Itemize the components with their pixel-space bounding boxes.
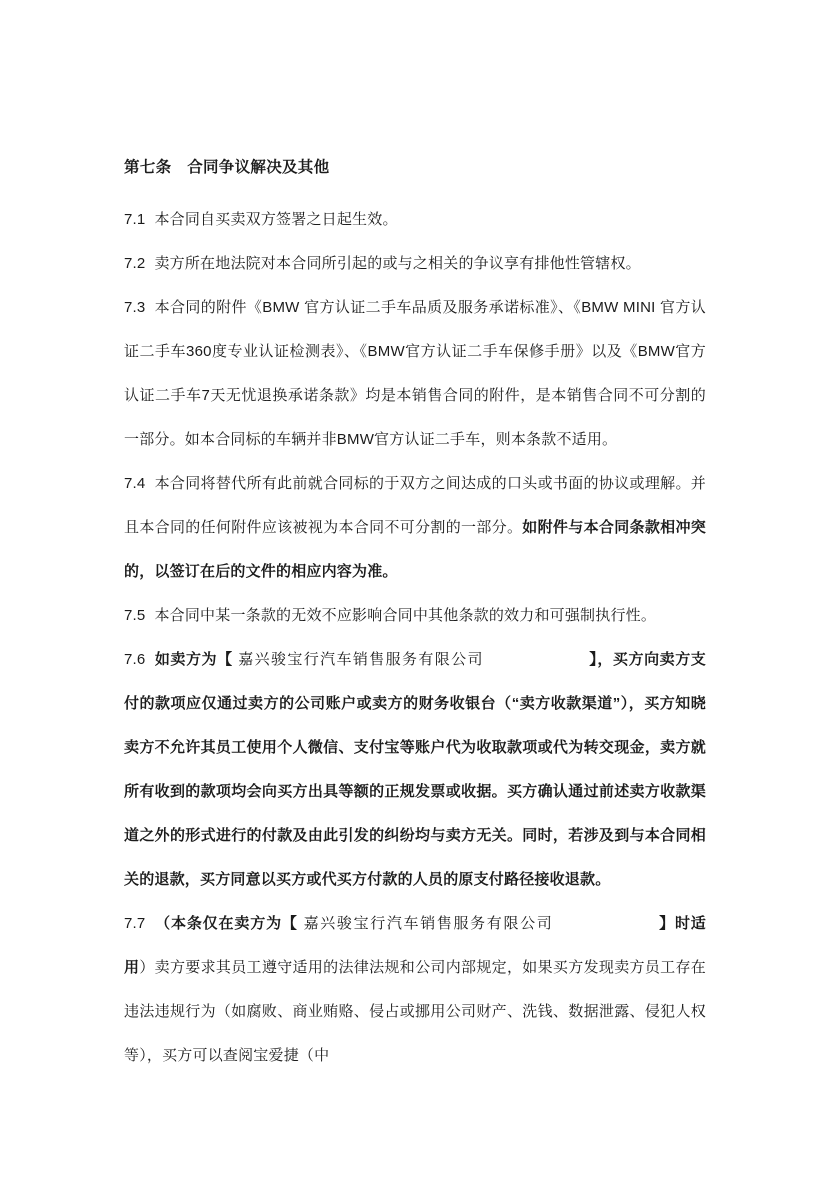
clause-7.7: 7.7（本条仅在卖方为【 嘉兴骏宝行汽车销售服务有限公司】时适用）卖方要求其员工… xyxy=(124,902,706,1078)
clause-number: 7.5 xyxy=(124,607,145,624)
clause-number: 7.2 xyxy=(124,255,145,272)
clause-7.1: 7.1本合同自买卖双方签署之日起生效。 xyxy=(124,198,706,242)
clause-text: 本合同的附件《BMW 官方认证二手车品质及服务承诺标准》、《BMW MINI 官… xyxy=(124,299,706,448)
clause-number: 7.1 xyxy=(124,211,145,228)
clause-text: 】，买方向卖方支付的款项应仅通过卖方的公司账户或卖方的财务收银台（“卖方收款渠道… xyxy=(124,651,706,888)
clause-number: 7.6 xyxy=(124,651,145,668)
clause-7.3: 7.3本合同的附件《BMW 官方认证二手车品质及服务承诺标准》、《BMW MIN… xyxy=(124,286,706,462)
clause-text: ）卖方要求其员工遵守适用的法律法规和公司内部规定，如果买方发现卖方员工存在违法违… xyxy=(124,959,706,1064)
document-page: { "document": { "heading": "第七条 合同争议解决及其… xyxy=(0,0,828,1184)
clause-number: 7.3 xyxy=(124,299,145,316)
blank-fill-space xyxy=(553,927,658,928)
clauses-container: 7.1本合同自买卖双方签署之日起生效。7.2卖方所在地法院对本合同所引起的或与之… xyxy=(124,198,706,1078)
blank-fill-space xyxy=(484,663,589,664)
clause-number: 7.4 xyxy=(124,475,145,492)
clause-7.2: 7.2卖方所在地法院对本合同所引起的或与之相关的争议享有排他性管辖权。 xyxy=(124,242,706,286)
fill-in-company-name: 嘉兴骏宝行汽车销售服务有限公司 xyxy=(233,651,484,668)
clause-text: 如卖方为【 xyxy=(154,651,232,668)
section-heading: 第七条 合同争议解决及其他 xyxy=(124,146,706,190)
clause-7.5: 7.5本合同中某一条款的无效不应影响合同中其他条款的效力和可强制执行性。 xyxy=(124,594,706,638)
clause-7.6: 7.6如卖方为【 嘉兴骏宝行汽车销售服务有限公司】，买方向卖方支付的款项应仅通过… xyxy=(124,638,706,902)
clause-text: 本合同中某一条款的无效不应影响合同中其他条款的效力和可强制执行性。 xyxy=(154,607,656,624)
clause-text: （本条仅在卖方为【 xyxy=(154,915,297,932)
clause-number: 7.7 xyxy=(124,915,145,932)
clause-7.4: 7.4本合同将替代所有此前就合同标的于双方之间达成的口头或书面的协议或理解。并且… xyxy=(124,462,706,594)
fill-in-company-name: 嘉兴骏宝行汽车销售服务有限公司 xyxy=(298,915,554,932)
clause-text: 本合同自买卖双方签署之日起生效。 xyxy=(154,211,397,228)
contract-text-block: 第七条 合同争议解决及其他 7.1本合同自买卖双方签署之日起生效。7.2卖方所在… xyxy=(124,146,706,1078)
clause-text: 卖方所在地法院对本合同所引起的或与之相关的争议享有排他性管辖权。 xyxy=(154,255,640,272)
